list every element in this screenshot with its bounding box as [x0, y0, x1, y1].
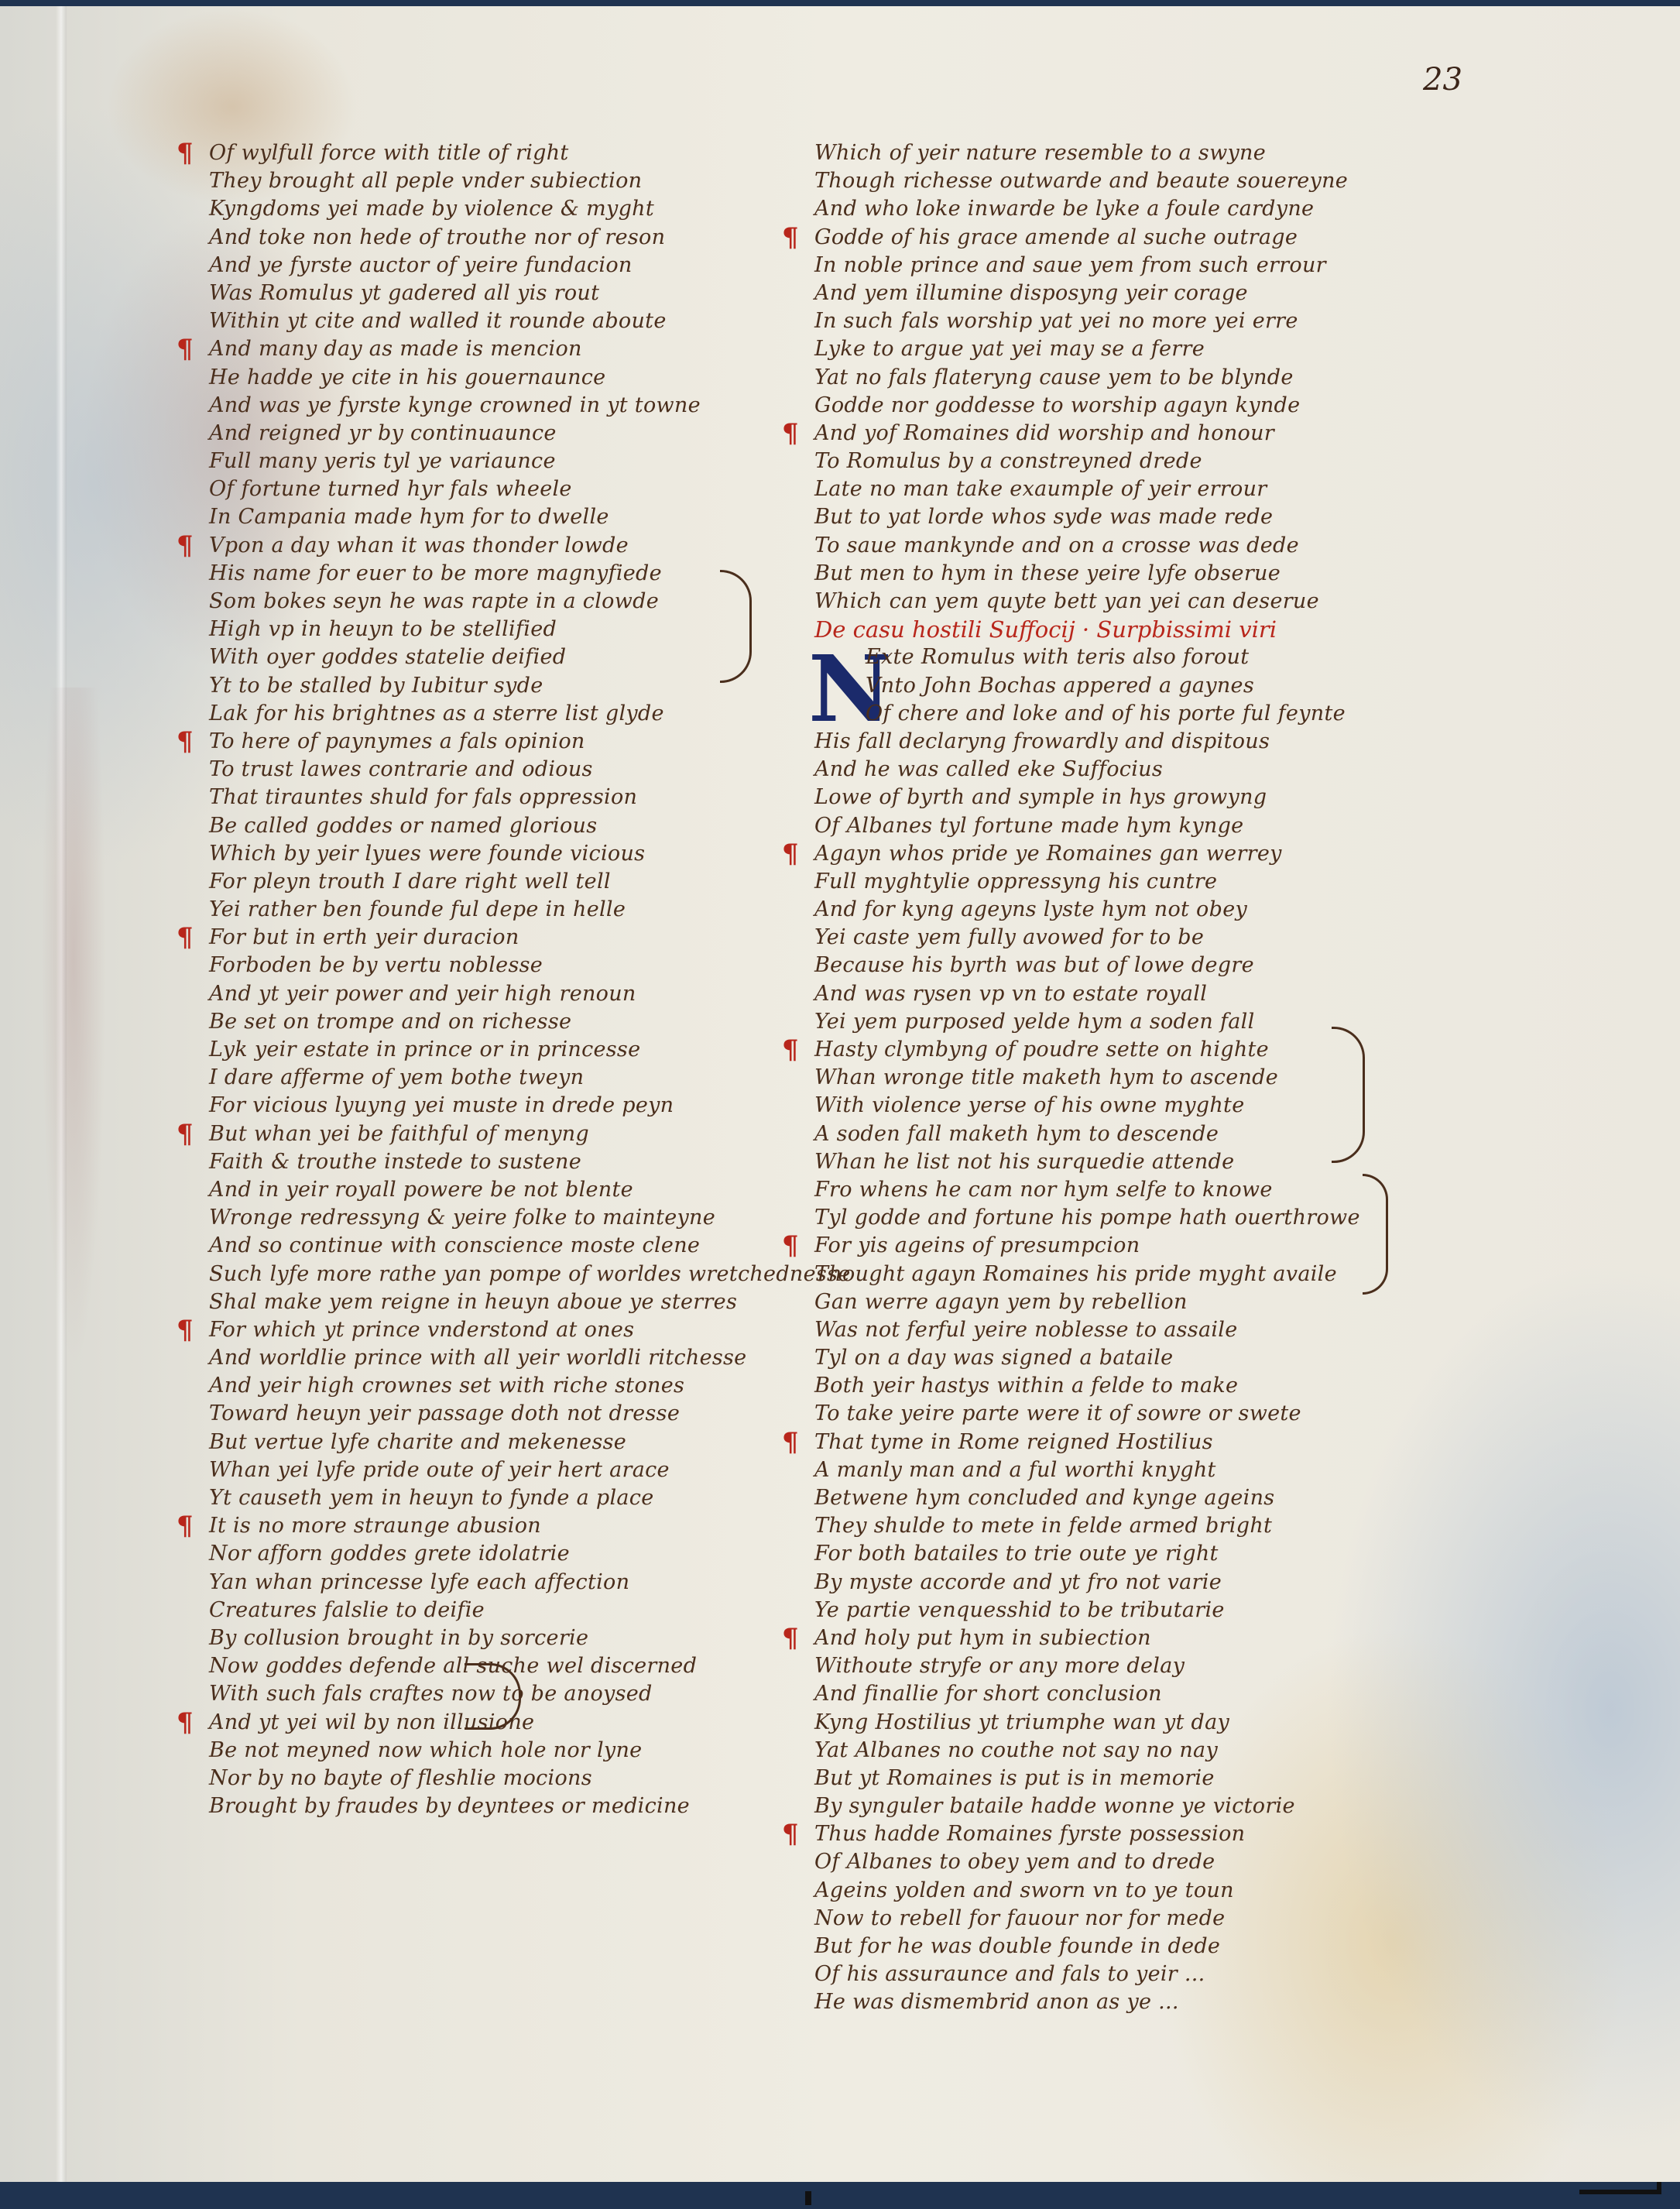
marginal-bracket [1363, 1174, 1388, 1295]
verse-line: Nor afforn goddes grete idolatrie [209, 1540, 797, 1568]
verse-line: ¶That tyme in Rome reigned Hostilius [814, 1429, 1449, 1456]
verse-line: And was rysen vp vn to estate royall [814, 980, 1449, 1008]
verse-text: But to yat lorde whos syde was made rede [814, 505, 1273, 529]
verse-text: Yt causeth yem in heuyn to fynde a place [209, 1486, 654, 1510]
verse-text: Shal make yem reigne in heuyn aboue ye s… [209, 1290, 737, 1314]
verse-line: Toward heuyn yeir passage doth not dress… [209, 1400, 797, 1428]
verse-text: Whan yei lyfe pride oute of yeir hert ar… [209, 1458, 670, 1482]
verse-text: Yan whan princesse lyfe each affection [209, 1570, 629, 1594]
verse-text: Tyl godde and fortune his pompe hath oue… [814, 1206, 1360, 1230]
verse-text: With violence yerse of his owne myghte [814, 1093, 1245, 1117]
verse-line: Lak for his brightnes as a sterre list g… [209, 700, 797, 728]
verse-line: And was ye fyrste kynge crowned in yt to… [209, 392, 797, 420]
verse-text: In noble prince and saue yem from such e… [814, 253, 1326, 277]
verse-line: Be not meyned now which hole nor lyne [209, 1737, 797, 1765]
verse-text: A manly man and a ful worthi knyght [814, 1458, 1216, 1482]
pilcrow-icon: ¶ [177, 1512, 194, 1540]
marginal-bracket [1332, 1027, 1365, 1163]
verse-text: With oyer goddes statelie deified [209, 645, 566, 669]
verse-text: Gan werre agayn yem by rebellion [814, 1290, 1188, 1314]
verse-text: It is no more straunge abusion [209, 1514, 541, 1538]
verse-text: Which by yeir lyues were founde vicious [209, 842, 645, 866]
verse-text: They brought all peple vnder subiection [209, 169, 642, 193]
verse-line: To trust lawes contrarie and odious [209, 756, 797, 784]
verse-text: Now goddes defende all suche wel discern… [209, 1654, 697, 1678]
verse-text: But whan yei be faithful of menyng [209, 1122, 589, 1146]
pilcrow-icon: ¶ [177, 1120, 194, 1148]
verse-line: Forboden be by vertu noblesse [209, 952, 797, 979]
verse-line: Late no man take exaumple of yeir errour [814, 475, 1449, 503]
verse-text: Faith & trouthe instede to sustene [209, 1150, 581, 1174]
verse-text: Lak for his brightnes as a sterre list g… [209, 701, 664, 725]
verse-line: To Romulus by a constreyned drede [814, 448, 1449, 475]
verse-text: That tyme in Rome reigned Hostilius [814, 1430, 1213, 1454]
verse-text: And toke non hede of trouthe nor of reso… [209, 225, 665, 249]
verse-line: And yem illumine disposyng yeir corage [814, 280, 1449, 307]
verse-line: Betwene hym concluded and kynge ageins [814, 1484, 1449, 1512]
verse-text: To here of paynymes a fals opinion [209, 729, 585, 753]
verse-line: Yei yem purposed yelde hym a soden fall [814, 1008, 1449, 1036]
verse-line: Lowe of byrth and symple in hys growyng [814, 784, 1449, 811]
verse-text: Tyl on a day was signed a bataile [814, 1346, 1173, 1370]
verse-line: Such lyfe more rathe yan pompe of worlde… [209, 1261, 797, 1288]
pilcrow-icon: ¶ [177, 1316, 194, 1344]
verse-line: ¶And many day as made is mencion [209, 335, 797, 363]
verse-text: But vertue lyfe charite and mekenesse [209, 1430, 626, 1454]
verse-line: Of Albanes tyl fortune made hym kynge [814, 812, 1449, 840]
verse-text: Full myghtylie oppressyng his cuntre [814, 870, 1217, 894]
verse-text: Of Albanes to obey yem and to drede [814, 1850, 1215, 1874]
verse-line: Creatures falslie to deifie [209, 1597, 797, 1624]
scan-corner-mark [1579, 2182, 1661, 2194]
verse-line: In such fals worship yat yei no more yei… [814, 307, 1449, 335]
verse-line: In noble prince and saue yem from such e… [814, 252, 1449, 280]
verse-text: Fro whens he cam nor hym selfe to knowe [814, 1178, 1273, 1202]
pilcrow-icon: ¶ [177, 728, 194, 756]
verse-line: And yeir high crownes set with riche sto… [209, 1372, 797, 1400]
verse-line: That tirauntes shuld for fals oppression [209, 784, 797, 811]
verse-text: And holy put hym in subiection [814, 1626, 1151, 1650]
verse-text: And ye fyrste auctor of yeire fundacion [209, 253, 633, 277]
verse-line: He was dismembrid anon as ye ... [814, 1988, 1449, 2016]
verse-text: Was Romulus yt gadered all yis rout [209, 281, 599, 305]
verse-line: Though richesse outwarde and beaute soue… [814, 167, 1449, 195]
verse-line: And finallie for short conclusion [814, 1680, 1449, 1708]
verse-text: Wronge redressyng & yeire folke to maint… [209, 1206, 715, 1230]
verse-line: ¶For yis ageins of presumpcion [814, 1232, 1449, 1260]
verse-line: By myste accorde and yt fro not varie [814, 1569, 1449, 1597]
verse-text: Lyke to argue yat yei may se a ferre [814, 337, 1205, 361]
verse-line: Full myghtylie oppressyng his cuntre [814, 868, 1449, 896]
verse-text: Yei yem purposed yelde hym a soden fall [814, 1010, 1255, 1034]
verse-text: He hadde ye cite in his gouernaunce [209, 365, 605, 389]
verse-line: I dare afferme of yem bothe tweyn [209, 1064, 797, 1092]
verse-text: And finallie for short conclusion [814, 1682, 1162, 1706]
verse-line: Yat no fals flateryng cause yem to be bl… [814, 364, 1449, 392]
verse-line: High vp in heuyn to be stellified [209, 616, 797, 643]
verse-text: Lowe of byrth and symple in hys growyng [814, 785, 1267, 809]
verse-text: But men to hym in these yeire lyfe obser… [814, 561, 1281, 585]
verse-text: For vicious lyuyng yei muste in drede pe… [209, 1093, 674, 1117]
verse-line: But for he was double founde in dede [814, 1933, 1449, 1960]
verse-line: Fro whens he cam nor hym selfe to knowe [814, 1176, 1449, 1204]
verse-text: Be not meyned now which hole nor lyne [209, 1738, 642, 1762]
verse-line: Of chere and loke and of his porte ful f… [814, 700, 1449, 728]
verse-text: And yt yeir power and yeir high renoun [209, 982, 636, 1006]
verse-text: But for he was double founde in dede [814, 1934, 1220, 1958]
verse-line: Because his byrth was but of lowe degre [814, 952, 1449, 979]
verse-line: And ye fyrste auctor of yeire fundacion [209, 252, 797, 280]
verse-line: And worldlie prince with all yeir worldl… [209, 1344, 797, 1372]
pilcrow-icon: ¶ [177, 924, 194, 952]
verse-text: Both yeir hastys within a felde to make [814, 1374, 1238, 1398]
verse-line: Whan yei lyfe pride oute of yeir hert ar… [209, 1456, 797, 1484]
verse-text: His name for euer to be more magnyfiede [209, 561, 662, 585]
verse-line: For vicious lyuyng yei muste in drede pe… [209, 1092, 797, 1120]
verse-line: And in yeir royall powere be not blente [209, 1176, 797, 1204]
verse-text: Kyng Hostilius yt triumphe wan yt day [814, 1710, 1229, 1734]
verse-text: Yei rather ben founde ful depe in helle [209, 897, 626, 921]
verse-line: But to yat lorde whos syde was made rede [814, 503, 1449, 531]
verse-line: And he was called eke Suffocius [814, 756, 1449, 784]
manuscript-folio: 23 ¶Of wylfull force with title of right… [0, 6, 1680, 2182]
verse-text: Thought agayn Romaines his pride myght a… [814, 1262, 1337, 1286]
verse-line: And yt yeir power and yeir high renoun [209, 980, 797, 1008]
verse-text: Thus hadde Romaines fyrste possession [814, 1822, 1245, 1846]
right-column-verses-before-rubric: Which of yeir nature resemble to a swyne… [814, 139, 1449, 616]
verse-text: In Campania made hym for to dwelle [209, 505, 609, 529]
verse-text: Vpon a day whan it was thonder lowde [209, 533, 629, 557]
verse-text: Nor by no bayte of fleshlie mocions [209, 1766, 592, 1790]
verse-line: But men to hym in these yeire lyfe obser… [814, 560, 1449, 588]
verse-text: Of Albanes tyl fortune made hym kynge [814, 814, 1243, 838]
verse-line: Within yt cite and walled it rounde abou… [209, 307, 797, 335]
water-stain [31, 688, 116, 1772]
rubric-heading: De casu hostili Suffocij · Surpbissimi v… [814, 616, 1449, 643]
verse-line: Of Albanes to obey yem and to drede [814, 1848, 1449, 1876]
marginal-bracket [720, 570, 752, 683]
verse-line: But vertue lyfe charite and mekenesse [209, 1429, 797, 1456]
verse-line: They shulde to mete in felde armed brigh… [814, 1512, 1449, 1540]
verse-text: Whan he list not his surquedie attende [814, 1150, 1234, 1174]
verse-line: Som bokes seyn he was rapte in a clowde [209, 588, 797, 616]
verse-line: Yat Albanes no couthe not say no nay [814, 1737, 1449, 1765]
verse-line: Which can yem quyte bett yan yei can des… [814, 588, 1449, 616]
pilcrow-icon: ¶ [177, 532, 194, 560]
verse-line: And toke non hede of trouthe nor of reso… [209, 224, 797, 252]
marginal-bracket [465, 1663, 521, 1730]
verse-text: Creatures falslie to deifie [209, 1598, 485, 1622]
verse-line: Thought agayn Romaines his pride myght a… [814, 1261, 1449, 1288]
verse-text: Toward heuyn yeir passage doth not dress… [209, 1401, 680, 1425]
verse-text: His fall declaryng frowardly and dispito… [814, 729, 1270, 753]
verse-text: Late no man take exaumple of yeir errour [814, 477, 1267, 501]
pilcrow-icon: ¶ [782, 1036, 799, 1064]
verse-line: Ye partie venquesshid to be tributarie [814, 1597, 1449, 1624]
verse-line: Lyke to argue yat yei may se a ferre [814, 335, 1449, 363]
verse-text: A soden fall maketh hym to descende [814, 1122, 1219, 1146]
verse-line: ¶Godde of his grace amende al suche outr… [814, 224, 1449, 252]
verse-text: By synguler bataile hadde wonne ye victo… [814, 1794, 1295, 1818]
verse-line: Lyk yeir estate in prince or in princess… [209, 1036, 797, 1064]
verse-line: And so continue with conscience moste cl… [209, 1232, 797, 1260]
verse-text: And yeir high crownes set with riche sto… [209, 1374, 684, 1398]
pilcrow-icon: ¶ [782, 1232, 799, 1260]
verse-line: Brought by fraudes by deyntees or medici… [209, 1792, 797, 1820]
verse-text: And who loke inwarde be lyke a foule car… [814, 197, 1314, 221]
verse-text: Hasty clymbyng of poudre sette on highte [814, 1038, 1269, 1062]
verse-text: Yei caste yem fully avowed for to be [814, 925, 1204, 949]
verse-line: ¶But whan yei be faithful of menyng [209, 1120, 797, 1148]
verse-text: Betwene hym concluded and kynge ageins [814, 1486, 1274, 1510]
verse-line: Be set on trompe and on richesse [209, 1008, 797, 1036]
verse-line: Yt causeth yem in heuyn to fynde a place [209, 1484, 797, 1512]
verse-line: But yt Romaines is put is in memorie [814, 1765, 1449, 1792]
verse-text: For yis ageins of presumpcion [814, 1233, 1140, 1257]
verse-text: Godde of his grace amende al suche outra… [814, 225, 1298, 249]
verse-text: And yof Romaines did worship and honour [814, 421, 1274, 445]
verse-text: Whan wronge title maketh hym to ascende [814, 1065, 1278, 1089]
verse-text: Of wylfull force with title of right [209, 141, 569, 165]
pilcrow-icon: ¶ [782, 1820, 799, 1848]
verse-text: And so continue with conscience moste cl… [209, 1233, 700, 1257]
verse-line: Both yeir hastys within a felde to make [814, 1372, 1449, 1400]
verse-text: Was not ferful yeire noblesse to assaile [814, 1318, 1238, 1342]
verse-text: And many day as made is mencion [209, 337, 582, 361]
verse-line: Was not ferful yeire noblesse to assaile [814, 1316, 1449, 1344]
pilcrow-icon: ¶ [177, 139, 194, 167]
verse-text: And yem illumine disposyng yeir corage [814, 281, 1248, 305]
right-column-verses-after-rubric: Exte Romulus with teris also foroutVnto … [814, 643, 1449, 2016]
verse-line: Vnto John Bochas appered a gaynes [814, 672, 1449, 700]
verse-text: For but in erth yeir duracion [209, 925, 519, 949]
pilcrow-icon: ¶ [782, 840, 799, 868]
verse-text: Lyk yeir estate in prince or in princess… [209, 1038, 640, 1062]
verse-line: Faith & trouthe instede to sustene [209, 1148, 797, 1176]
verse-line: They brought all peple vnder subiection [209, 167, 797, 195]
verse-text: Yat no fals flateryng cause yem to be bl… [814, 365, 1294, 389]
verse-line: Tyl godde and fortune his pompe hath oue… [814, 1204, 1449, 1232]
verse-text: Ageins yolden and sworn vn to ye toun [814, 1878, 1234, 1902]
folio-number: 23 [1423, 62, 1462, 98]
verse-text: Forboden be by vertu noblesse [209, 953, 543, 977]
verse-line: Full many yeris tyl ye variaunce [209, 448, 797, 475]
verse-text: He was dismembrid anon as ye ... [814, 1990, 1179, 2014]
verse-line: And who loke inwarde be lyke a foule car… [814, 195, 1449, 223]
verse-line: ¶To here of paynymes a fals opinion [209, 728, 797, 756]
verse-line: Be called goddes or named glorious [209, 812, 797, 840]
verse-text: Yat Albanes no couthe not say no nay [814, 1738, 1218, 1762]
verse-text: Som bokes seyn he was rapte in a clowde [209, 589, 659, 613]
pilcrow-icon: ¶ [177, 335, 194, 363]
verse-line: ¶Vpon a day whan it was thonder lowde [209, 532, 797, 560]
verse-text: By collusion brought in by sorcerie [209, 1626, 588, 1650]
verse-text: Within yt cite and walled it rounde abou… [209, 309, 667, 333]
verse-text: Be set on trompe and on richesse [209, 1010, 571, 1034]
verse-text: Exte Romulus with teris also forout [866, 645, 1249, 669]
verse-text: To trust lawes contrarie and odious [209, 757, 593, 781]
verse-text: Because his byrth was but of lowe degre [814, 953, 1254, 977]
verse-line: Godde nor goddesse to worship agayn kynd… [814, 392, 1449, 420]
verse-text: Godde nor goddesse to worship agayn kynd… [814, 393, 1300, 417]
verse-line: Tyl on a day was signed a bataile [814, 1344, 1449, 1372]
verse-line: For pleyn trouth I dare right well tell [209, 868, 797, 896]
pilcrow-icon: ¶ [782, 1429, 799, 1456]
verse-line: Withoute stryfe or any more delay [814, 1652, 1449, 1680]
verse-line: Yei rather ben founde ful depe in helle [209, 896, 797, 924]
verse-line: Now to rebell for fauour nor for mede [814, 1905, 1449, 1933]
verse-text: Of his assuraunce and fals to yeir ... [814, 1962, 1205, 1986]
verse-text: And reigned yr by continuaunce [209, 421, 557, 445]
verse-text: For which yt prince vnderstond at ones [209, 1318, 634, 1342]
verse-line: Of fortune turned hyr fals wheele [209, 475, 797, 503]
verse-text: Which can yem quyte bett yan yei can des… [814, 589, 1319, 613]
verse-line: Which by yeir lyues were founde vicious [209, 840, 797, 868]
verse-text: To take yeire parte were it of sowre or … [814, 1401, 1301, 1425]
verse-text: With such fals craftes now to be anoysed [209, 1682, 653, 1706]
verse-text: For pleyn trouth I dare right well tell [209, 870, 611, 894]
verse-line: By synguler bataile hadde wonne ye victo… [814, 1792, 1449, 1820]
pilcrow-icon: ¶ [782, 224, 799, 252]
verse-line: By collusion brought in by sorcerie [209, 1624, 797, 1652]
verse-text: Be called goddes or named glorious [209, 814, 597, 838]
verse-line: Kyng Hostilius yt triumphe wan yt day [814, 1709, 1449, 1737]
verse-text: That tirauntes shuld for fals oppression [209, 785, 637, 809]
verse-text: Kyngdoms yei made by violence & myght [209, 197, 654, 221]
verse-line: He hadde ye cite in his gouernaunce [209, 364, 797, 392]
verse-line: In Campania made hym for to dwelle [209, 503, 797, 531]
verse-text: And was rysen vp vn to estate royall [814, 982, 1207, 1006]
verse-text: And was ye fyrste kynge crowned in yt to… [209, 393, 701, 417]
verse-text: And in yeir royall powere be not blente [209, 1178, 633, 1202]
verse-text: And for kyng ageyns lyste hym not obey [814, 897, 1247, 921]
verse-text: Full many yeris tyl ye variaunce [209, 449, 556, 473]
verse-line: To take yeire parte were it of sowre or … [814, 1400, 1449, 1428]
verse-text: High vp in heuyn to be stellified [209, 617, 557, 641]
verse-text: Of fortune turned hyr fals wheele [209, 477, 572, 501]
pilcrow-icon: ¶ [782, 1624, 799, 1652]
verse-text: Of chere and loke and of his porte ful f… [866, 701, 1346, 725]
scan-background [0, 2182, 1680, 2209]
verse-text: To Romulus by a constreyned drede [814, 449, 1202, 473]
verse-line: Ageins yolden and sworn vn to ye toun [814, 1877, 1449, 1905]
verse-line: Yan whan princesse lyfe each affection [209, 1569, 797, 1597]
verse-line: Shal make yem reigne in heuyn aboue ye s… [209, 1288, 797, 1316]
verse-line: And for kyng ageyns lyste hym not obey [814, 896, 1449, 924]
left-column: ¶Of wylfull force with title of rightThe… [209, 139, 797, 1820]
verse-text: For both batailes to trie oute ye right [814, 1542, 1219, 1566]
verse-line: ¶Of wylfull force with title of right [209, 139, 797, 167]
verse-text: Vnto John Bochas appered a gaynes [866, 674, 1254, 698]
verse-line: His name for euer to be more magnyfiede [209, 560, 797, 588]
verse-line: ¶And holy put hym in subiection [814, 1624, 1449, 1652]
verse-line: A manly man and a ful worthi knyght [814, 1456, 1449, 1484]
verse-line: Which of yeir nature resemble to a swyne [814, 139, 1449, 167]
verse-text: And he was called eke Suffocius [814, 757, 1163, 781]
verse-text: Such lyfe more rathe yan pompe of worlde… [209, 1262, 850, 1286]
verse-text: Though richesse outwarde and beaute soue… [814, 169, 1348, 193]
verse-line: Was Romulus yt gadered all yis rout [209, 280, 797, 307]
verse-line: ¶And yof Romaines did worship and honour [814, 420, 1449, 448]
verse-text: Agayn whos pride ye Romaines gan werrey [814, 842, 1282, 866]
verse-line: To saue mankynde and on a crosse was ded… [814, 532, 1449, 560]
verse-text: I dare afferme of yem bothe tweyn [209, 1065, 584, 1089]
verse-text: Now to rebell for fauour nor for mede [814, 1906, 1225, 1930]
verse-line: Gan werre agayn yem by rebellion [814, 1288, 1449, 1316]
verse-text: Withoute stryfe or any more delay [814, 1654, 1185, 1678]
verse-text: Brought by fraudes by deyntees or medici… [209, 1794, 690, 1818]
verse-line: ¶Agayn whos pride ye Romaines gan werrey [814, 840, 1449, 868]
verse-text: They shulde to mete in felde armed brigh… [814, 1514, 1272, 1538]
decorated-initial-block: N Exte Romulus with teris also foroutVnt… [814, 643, 1449, 2016]
verse-text: But yt Romaines is put is in memorie [814, 1766, 1215, 1790]
verse-text: By myste accorde and yt fro not varie [814, 1570, 1222, 1594]
verse-text: To saue mankynde and on a crosse was ded… [814, 533, 1299, 557]
verse-line: Of his assuraunce and fals to yeir ... [814, 1960, 1449, 1988]
verse-line: ¶Thus hadde Romaines fyrste possession [814, 1820, 1449, 1848]
verse-line: ¶For but in erth yeir duracion [209, 924, 797, 952]
verse-line: Nor by no bayte of fleshlie mocions [209, 1765, 797, 1792]
verse-line: ¶For which yt prince vnderstond at ones [209, 1316, 797, 1344]
verse-text: Which of yeir nature resemble to a swyne [814, 141, 1266, 165]
verse-line: With oyer goddes statelie deified [209, 643, 797, 671]
pilcrow-icon: ¶ [177, 1709, 194, 1737]
verse-text: Yt to be stalled by Iubitur syde [209, 674, 543, 698]
verse-line: His fall declaryng frowardly and dispito… [814, 728, 1449, 756]
verse-line: And reigned yr by continuaunce [209, 420, 797, 448]
verse-line: Yt to be stalled by Iubitur syde [209, 672, 797, 700]
pilcrow-icon: ¶ [782, 420, 799, 448]
verse-line: Kyngdoms yei made by violence & myght [209, 195, 797, 223]
verse-text: Nor afforn goddes grete idolatrie [209, 1542, 570, 1566]
verse-line: Yei caste yem fully avowed for to be [814, 924, 1449, 952]
verse-text: In such fals worship yat yei no more yei… [814, 309, 1298, 333]
verse-line: Exte Romulus with teris also forout [814, 643, 1449, 671]
verse-text: Ye partie venquesshid to be tributarie [814, 1598, 1225, 1622]
scan-mark [805, 2191, 811, 2205]
verse-line: Wronge redressyng & yeire folke to maint… [209, 1204, 797, 1232]
verse-line: For both batailes to trie oute ye right [814, 1540, 1449, 1568]
verse-line: ¶It is no more straunge abusion [209, 1512, 797, 1540]
verse-text: And worldlie prince with all yeir worldl… [209, 1346, 746, 1370]
